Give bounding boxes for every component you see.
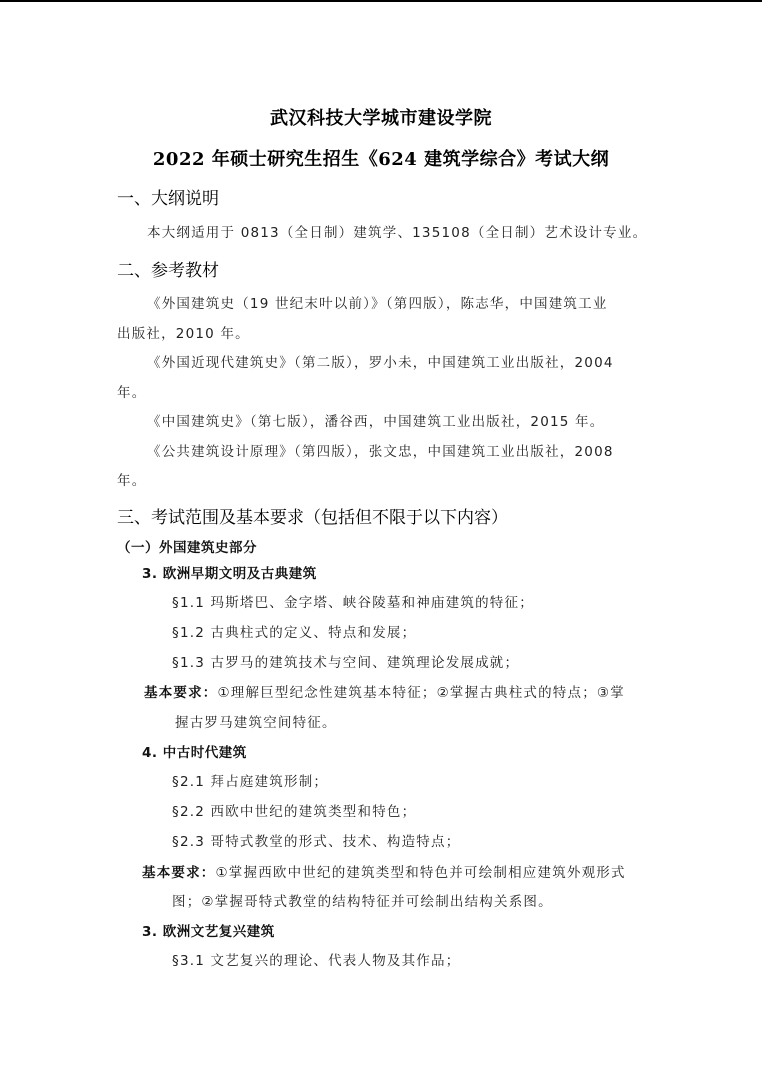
topic-item: §2.2 西欧中世纪的建筑类型和特色； <box>172 800 416 820</box>
document-page: 武汉科技大学城市建设学院 2022 年硕士研究生招生《624 建筑学综合》考试大… <box>0 0 762 1080</box>
reference-2-line1: 《外国近现代建筑史》（第二版），罗小未，中国建筑工业出版社，2004 <box>147 351 614 371</box>
reference-2-line2: 年。 <box>117 381 146 401</box>
requirement-label: 基本要求： <box>142 865 216 881</box>
basic-requirement-line1: 基本要求：①掌握西欧中世纪的建筑类型和特色并可绘制相应建筑外观形式 <box>142 861 626 881</box>
section-heading-references: 二、参考教材 <box>117 256 219 281</box>
reference-4-line2: 年。 <box>117 469 146 489</box>
document-title-school: 武汉科技大学城市建设学院 <box>0 104 762 130</box>
topic-title-medieval: 4. 中古时代建筑 <box>142 741 247 761</box>
requirement-text: ①理解巨型纪念性建筑基本特征；②掌握古典柱式的特点；③掌 <box>218 685 625 701</box>
basic-requirement-line2: 图；②掌握哥特式教堂的结构特征并可绘制出结构关系图。 <box>172 890 553 910</box>
reference-1-line1: 《外国建筑史（19 世纪末叶以前）》（第四版），陈志华，中国建筑工业 <box>147 292 608 312</box>
topic-title-early-classical: 3. 欧洲早期文明及古典建筑 <box>142 562 317 582</box>
topic-item: §2.3 哥特式教堂的形式、技术、构造特点； <box>172 830 460 850</box>
topic-item: §3.1 文艺复兴的理论、代表人物及其作品； <box>172 949 460 969</box>
outline-description: 本大纲适用于 0813（全日制）建筑学、135108（全日制）艺术设计专业。 <box>147 221 647 241</box>
reference-4-line1: 《公共建筑设计原理》（第四版），张文忠，中国建筑工业出版社，2008 <box>147 440 614 460</box>
reference-1-line2: 出版社，2010 年。 <box>117 322 250 342</box>
topic-item: §1.1 玛斯塔巴、金字塔、峡谷陵墓和神庙建筑的特征； <box>172 591 534 611</box>
section-heading-exam-scope: 三、考试范围及基本要求（包括但不限于以下内容） <box>117 503 508 528</box>
reference-3: 《中国建筑史》（第七版），潘谷西，中国建筑工业出版社，2015 年。 <box>147 410 604 430</box>
section-heading-outline: 一、大纲说明 <box>117 184 219 209</box>
requirement-text: ①掌握西欧中世纪的建筑类型和特色并可绘制相应建筑外观形式 <box>216 865 626 881</box>
topic-item: §2.1 拜占庭建筑形制； <box>172 770 328 790</box>
topic-item: §1.3 古罗马的建筑技术与空间、建筑理论发展成就； <box>172 651 519 671</box>
document-title-exam: 2022 年硕士研究生招生《624 建筑学综合》考试大纲 <box>0 145 762 171</box>
requirement-label: 基本要求： <box>144 685 218 701</box>
subsection-foreign-architecture: （一）外国建筑史部分 <box>117 536 257 556</box>
basic-requirement-line2: 握古罗马建筑空间特征。 <box>175 711 337 731</box>
topic-item: §1.2 古典柱式的定义、特点和发展； <box>172 621 416 641</box>
topic-title-renaissance: 3. 欧洲文艺复兴建筑 <box>142 920 275 940</box>
basic-requirement-line1: 基本要求：①理解巨型纪念性建筑基本特征；②掌握古典柱式的特点；③掌 <box>144 681 625 701</box>
